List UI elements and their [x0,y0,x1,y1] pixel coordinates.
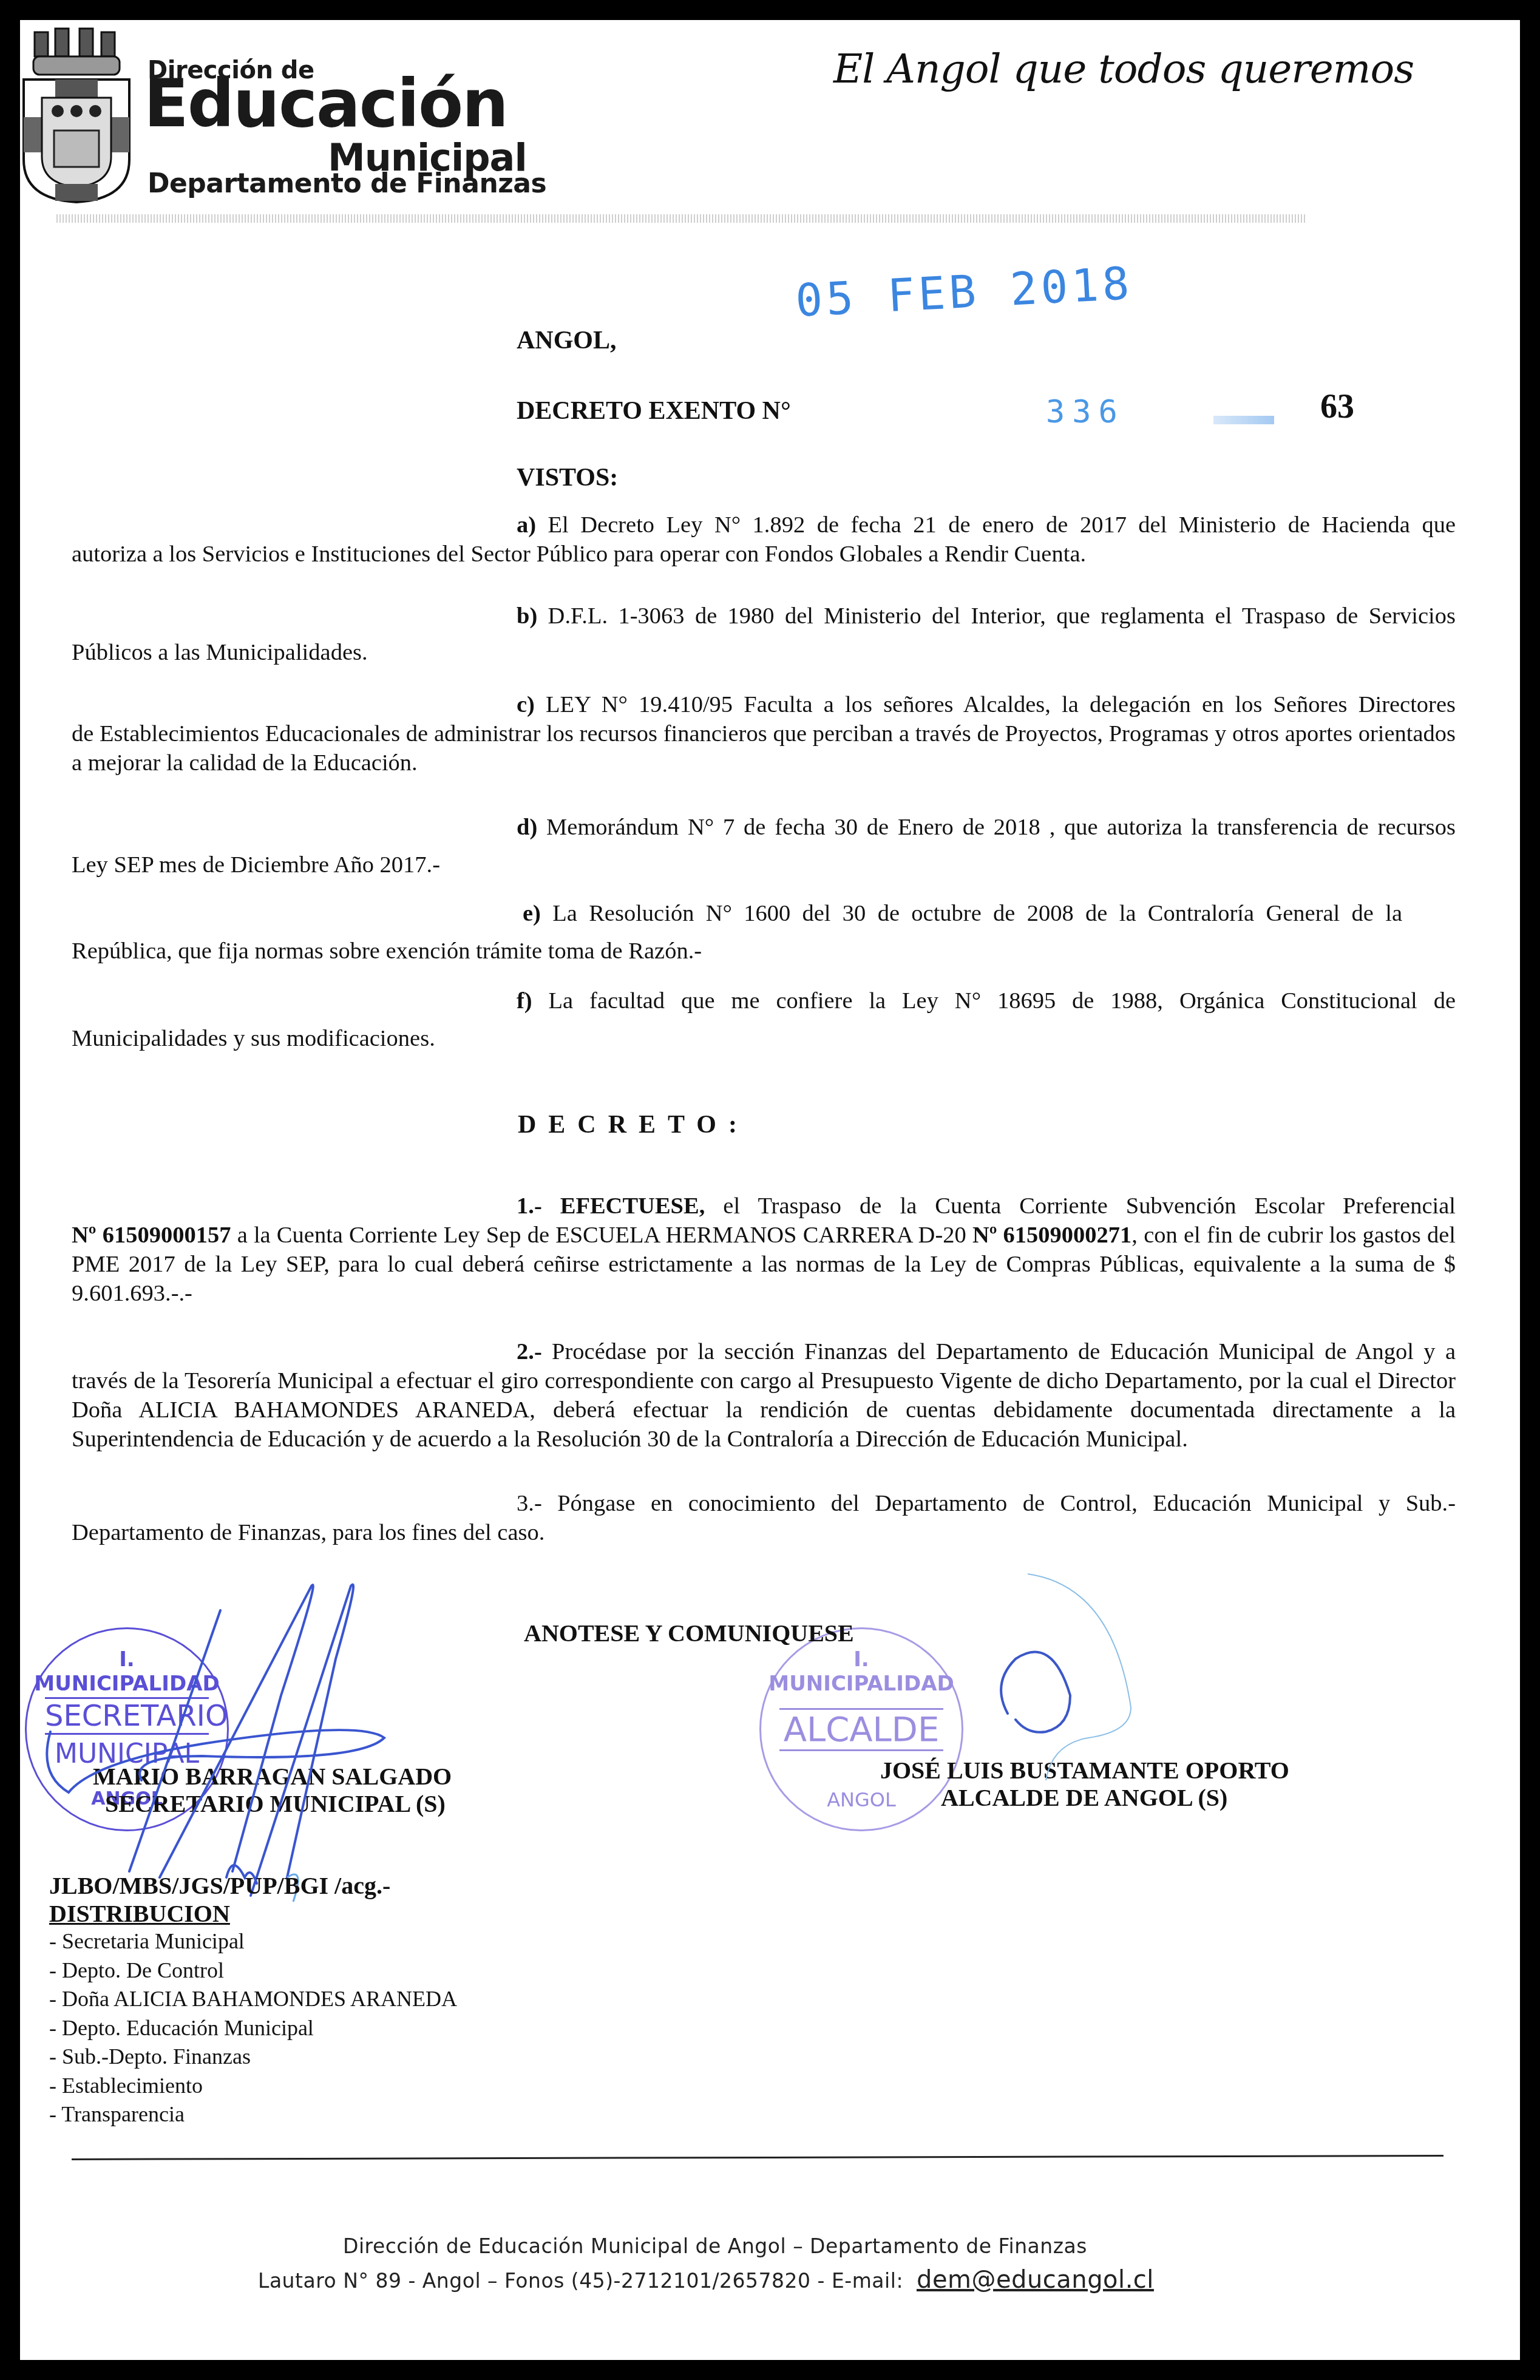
org-line-4: Departamento de Finanzas [148,168,546,199]
list-item: - Sub.-Depto. Finanzas [49,2043,457,2072]
document-page: Dirección de Educación Municipal Departa… [20,20,1520,2360]
seal-text: ALCALDE [779,1708,943,1751]
vistos-item-c: c) LEY N° 19.410/95 Faculta a los señore… [72,690,1456,778]
item-number: 3.- [517,1491,542,1516]
list-item: - Depto. Educación Municipal [49,2014,457,2043]
list-item: - Depto. De Control [49,1956,457,1985]
date-stamp: 05 FEB 2018 [794,257,1134,327]
city-label: ANGOL, [517,326,617,355]
item-text-cont: Municipalidades y sus modificaciones. [72,1024,1456,1053]
footer-address: Lautaro N° 89 - Angol – Fonos (45)-27121… [258,2269,903,2293]
seal-text: ANGOL [761,1788,962,1811]
seal-text: I. MUNICIPALIDAD [761,1647,962,1696]
item-text: Póngase en conocimiento del Departamento… [557,1491,1456,1516]
list-item: - Doña ALICIA BAHAMONDES ARANEDA [49,1985,457,2014]
footer-contact: Lautaro N° 89 - Angol – Fonos (45)-27121… [20,2266,1392,2294]
vistos-item-a: a) El Decreto Ley N° 1.892 de fecha 21 d… [72,510,1456,569]
item-letter: b) [517,603,537,629]
vistos-item-d: d) Memorándum N° 7 de fecha 30 de Enero … [72,813,1456,880]
item-letter: d) [517,815,537,840]
item-text-cont: Públicos a las Municipalidades. [72,638,1456,667]
item-letter: e) [523,901,541,926]
item-letter: a) [517,512,536,538]
footer-org: Dirección de Educación Municipal de Ango… [20,2234,1410,2258]
item-text: D.F.L. 1-3063 de 1980 del Ministerio del… [548,603,1456,629]
item-text: LEY N° 19.410/95 Faculta a los señores A… [546,692,1456,717]
decree-stamp-number: 336 [1046,394,1125,430]
header-separator [56,214,1307,223]
mayor-seal: I. MUNICIPALIDAD ALCALDE ANGOL [759,1627,963,1831]
coat-of-arms-icon [21,20,132,203]
vistos-item-e: e) La Resolución N° 1600 del 30 de octub… [72,899,1456,966]
item-number: 1.- [517,1193,542,1219]
initials-line: JLBO/MBS/JGS/PUP/BGI /acg.- [49,1871,390,1900]
seal-text: SECRETARIO [45,1697,209,1735]
account-to: Nº 61509000271 [972,1222,1131,1248]
vistos-item-b: b) D.F.L. 1-3063 de 1980 del Ministerio … [72,602,1456,667]
decreto-item-1: 1.- EFECTUESE, el Traspaso de la Cuenta … [72,1192,1456,1308]
ink-smudge [1213,416,1274,424]
decreto-item-2: 2.- Procédase por la sección Finanzas de… [72,1337,1456,1454]
mayor-name: JOSÉ LUIS BUSTAMANTE OPORTO [880,1756,1289,1785]
item-text-cont: Departamento de Finanzas, para los fines… [72,1518,1456,1547]
item-text-cont: autoriza a los Servicios e Instituciones… [72,540,1456,569]
item-text-mid: a la Cuenta Corriente Ley Sep de ESCUELA… [237,1222,966,1248]
item-lead: EFECTUESE, [560,1193,705,1219]
decree-number: 63 [1320,387,1354,426]
item-number: 2.- [517,1339,542,1365]
decree-label: DECRETO EXENTO N° [517,396,791,425]
item-text-cont: de Establecimientos Educacionales de adm… [72,719,1456,778]
decreto-heading: DECRETO: [518,1110,749,1139]
distribution-list: - Secretaria Municipal - Depto. De Contr… [49,1927,457,2129]
vistos-item-f: f) La facultad que me confiere la Ley N°… [72,986,1456,1053]
item-text: Procédase por la sección Finanzas del De… [552,1339,1456,1365]
item-text: La facultad que me confiere la Ley N° 18… [549,988,1456,1014]
anotese-line: ANOTESE Y COMUNIQUESE [524,1619,854,1647]
seal-text: I. MUNICIPALIDAD [27,1647,227,1696]
secretary-name: MARIO BARRAGAN SALGADO [93,1762,452,1791]
item-text-cont: República, que fija normas sobre exenció… [72,937,1456,966]
item-letter: f) [517,988,532,1014]
vistos-heading: VISTOS: [517,463,618,492]
list-item: - Establecimiento [49,2072,457,2101]
distribution-heading: DISTRIBUCION [49,1899,230,1928]
item-letter: c) [517,692,535,717]
motto: El Angol que todos queremos [833,46,1414,92]
secretary-title: SECRETARIO MUNICIPAL (S) [105,1789,446,1818]
item-text: Memorándum N° 7 de fecha 30 de Enero de … [546,815,1456,840]
org-line-2: Educación [144,69,507,141]
email-link[interactable]: dem@educangol.cl [917,2266,1154,2294]
item-text: el Traspaso de la Cuenta Corriente Subve… [723,1193,1456,1219]
decreto-item-3: 3.- Póngase en conocimiento del Departam… [72,1489,1456,1547]
item-text: El Decreto Ley N° 1.892 de fecha 21 de e… [548,512,1456,538]
mayor-title: ALCALDE DE ANGOL (S) [941,1783,1227,1812]
account-from: Nº 61509000157 [72,1222,231,1248]
item-text-cont: través de la Tesorería Municipal a efect… [72,1366,1456,1454]
item-text: La Resolución N° 1600 del 30 de octubre … [552,901,1402,926]
list-item: - Secretaria Municipal [49,1927,457,1956]
footer-divider [72,2155,1443,2160]
item-text-cont: Ley SEP mes de Diciembre Año 2017.- [72,850,1456,880]
list-item: - Transparencia [49,2100,457,2129]
